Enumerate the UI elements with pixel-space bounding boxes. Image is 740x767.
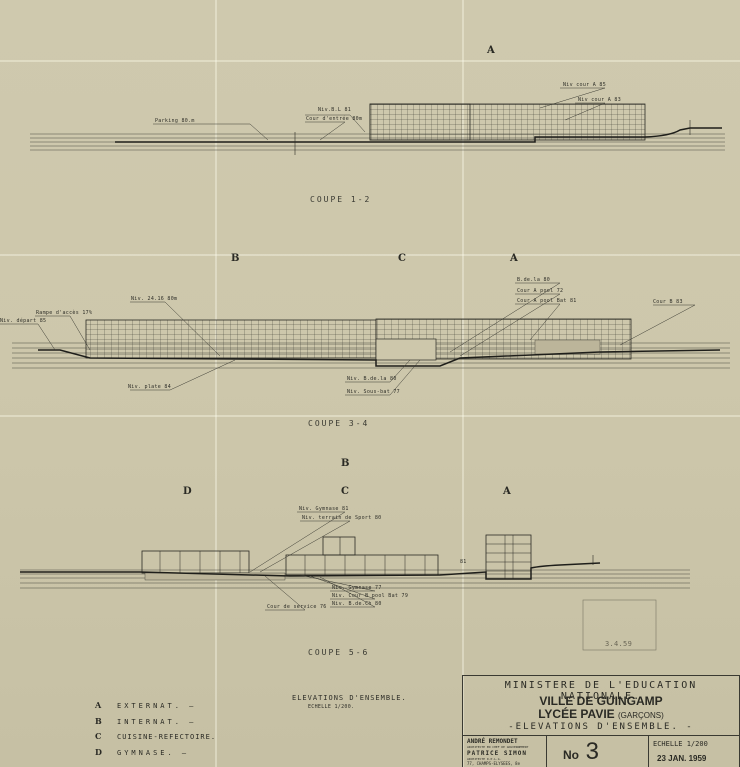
- annotation: Niv cour A 85: [563, 82, 606, 88]
- annotation: Niv. 24.16 80m: [131, 296, 177, 302]
- annotation: Niv.B.L 81: [318, 107, 351, 113]
- legend-item: CCUISINE-REFECTOIRE.: [95, 729, 216, 745]
- sheet-scale: ECHELLE 1/200.: [308, 704, 354, 710]
- annotation: Niv. plate 84: [128, 384, 171, 390]
- marker-a: A: [487, 45, 495, 56]
- annotation: Niv. B.de.Ch 80: [332, 601, 382, 607]
- annotation: Niv. Cour B pool Bat 79: [332, 593, 408, 599]
- architect-1-role: ARCHITECTE EN CHEF DE GOUVERNEMENT: [467, 745, 528, 749]
- drawing-sheet: A B C A B D C A COUPE 1-2 COUPE 3-4 COUP…: [0, 0, 740, 767]
- annotation: Niv. départ 85: [0, 318, 46, 324]
- marker-a: A: [503, 486, 511, 497]
- date-stamp: 23 JAN. 1959: [657, 754, 706, 763]
- elevation-drawings: [0, 0, 740, 767]
- legend: AEXTERNAT. — BINTERNAT. — CCUISINE-REFEC…: [95, 698, 216, 760]
- architect-1: ANDRÉ REMONDET: [467, 738, 518, 745]
- annotation: Rampe d'accès 17%: [36, 310, 92, 316]
- sheet-title: ELEVATIONS D'ENSEMBLE.: [292, 694, 407, 702]
- drawing-number: No 3: [563, 738, 599, 766]
- annotation: Cour A pool Bat 81: [517, 298, 577, 304]
- section-caption: COUPE 5-6: [308, 648, 369, 657]
- annotation: Parking 80.m: [155, 118, 195, 124]
- title-block: MINISTERE DE L'EDUCATION NATIONALE. VILL…: [462, 675, 740, 767]
- marker-b: B: [231, 253, 239, 264]
- annotation: Niv. Sous-bat 77: [347, 389, 400, 395]
- legend-item: DGYMNASE. —: [95, 745, 216, 761]
- annotation: Niv. Gymnase 81: [299, 506, 349, 512]
- annotation: Cour de service 76: [267, 604, 327, 610]
- legend-item: AEXTERNAT. —: [95, 698, 216, 714]
- marker-d: D: [183, 486, 192, 497]
- architect-2: PATRICE SIMON: [467, 750, 527, 757]
- marker-c: C: [341, 486, 349, 497]
- annotation: B.de.la 80: [517, 277, 550, 283]
- annotation: Niv cour A 83: [578, 97, 621, 103]
- annotation: Cour A pool 72: [517, 288, 563, 294]
- school-name: LYCÉE PAVIE (GARÇONS): [463, 707, 739, 721]
- annotation: Cour d'entrée 80m: [306, 116, 362, 122]
- legend-item: BINTERNAT. —: [95, 714, 216, 730]
- marker-c: C: [398, 253, 406, 264]
- section-caption: COUPE 3-4: [308, 419, 369, 428]
- marker-b: B: [341, 458, 349, 469]
- drawing-title: -ELEVATIONS D'ENSEMBLE. -: [463, 722, 739, 732]
- stamp-date: 3.4.59: [605, 640, 632, 648]
- city-name: VILLE DE GUINGAMP: [463, 694, 739, 708]
- annotation: Niv. Gymnase 77: [332, 585, 382, 591]
- annotation: Cour B 83: [653, 299, 683, 305]
- architect-address: 77, CHAMPS-ELYSEES, 8e: [467, 761, 520, 766]
- section-caption: COUPE 1-2: [310, 195, 371, 204]
- marker-a: A: [510, 253, 518, 264]
- annotation: 81: [460, 559, 467, 565]
- scale-label: ECHELLE 1/200: [653, 740, 708, 748]
- annotation: Niv. terrain de Sport 80: [302, 515, 381, 521]
- annotation: Niv. B.de.la 80: [347, 376, 397, 382]
